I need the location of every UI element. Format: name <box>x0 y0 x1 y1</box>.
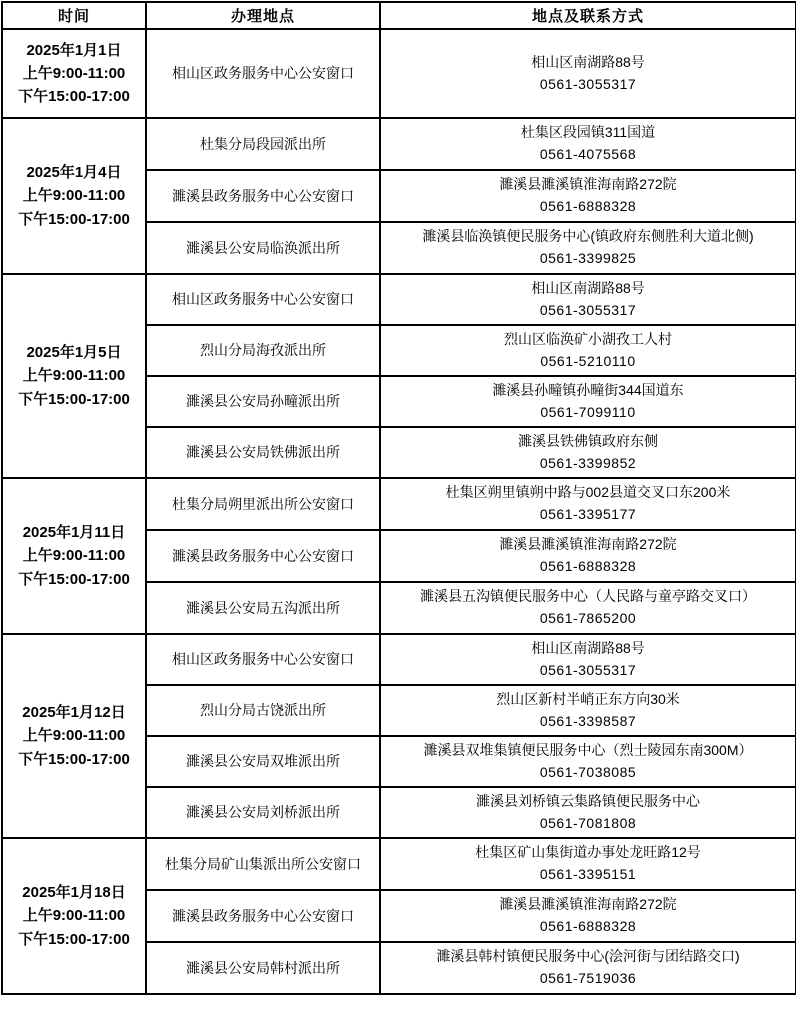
address-text: 杜集区段园镇311国道 <box>385 122 791 144</box>
contact-cell: 濉溪县韩村镇便民服务中心(浍河街与团结路交口)0561-7519036 <box>380 942 796 994</box>
place-cell: 杜集分局朔里派出所公安窗口 <box>146 478 380 530</box>
address-text: 濉溪县铁佛镇政府东侧 <box>385 431 791 453</box>
place-cell: 濉溪县政务服务中心公安窗口 <box>146 530 380 582</box>
address-text: 濉溪县濉溪镇淮海南路272院 <box>385 534 791 556</box>
time_pm-label: 下午15:00-17:00 <box>7 748 141 771</box>
table-row: 2025年1月5日上午9:00-11:00下午15:00-17:00相山区政务服… <box>2 274 796 325</box>
time_am-label: 上午9:00-11:00 <box>7 62 141 85</box>
place-cell: 濉溪县公安局孙疃派出所 <box>146 376 380 427</box>
address-text: 相山区南湖路88号 <box>385 278 791 300</box>
date-label: 2025年1月11日 <box>7 521 141 544</box>
phone-text: 0561-6888328 <box>385 556 791 578</box>
date-label: 2025年1月4日 <box>7 161 141 184</box>
time_pm-label: 下午15:00-17:00 <box>7 388 141 411</box>
phone-text: 0561-3399852 <box>385 453 791 475</box>
header-contact: 地点及联系方式 <box>380 2 796 29</box>
phone-text: 0561-3395151 <box>385 864 791 886</box>
contact-cell: 杜集区朔里镇朔中路与002县道交叉口东200米0561-3395177 <box>380 478 796 530</box>
time_pm-label: 下午15:00-17:00 <box>7 928 141 951</box>
service-schedule-page: 时间 办理地点 地点及联系方式 2025年1月1日上午9:00-11:00下午1… <box>0 0 796 1021</box>
place-cell: 相山区政务服务中心公安窗口 <box>146 634 380 685</box>
time-cell: 2025年1月5日上午9:00-11:00下午15:00-17:00 <box>2 274 146 478</box>
date-label: 2025年1月5日 <box>7 341 141 364</box>
place-cell: 濉溪县公安局韩村派出所 <box>146 942 380 994</box>
place-cell: 濉溪县政务服务中心公安窗口 <box>146 170 380 222</box>
header-time: 时间 <box>2 2 146 29</box>
time-cell: 2025年1月18日上午9:00-11:00下午15:00-17:00 <box>2 838 146 994</box>
date-label: 2025年1月12日 <box>7 701 141 724</box>
address-text: 濉溪县孙疃镇孙疃街344国道东 <box>385 380 791 402</box>
contact-cell: 濉溪县五沟镇便民服务中心（人民路与童亭路交叉口）0561-7865200 <box>380 582 796 634</box>
address-text: 相山区南湖路88号 <box>385 52 791 74</box>
time_pm-label: 下午15:00-17:00 <box>7 568 141 591</box>
place-cell: 相山区政务服务中心公安窗口 <box>146 274 380 325</box>
schedule-body: 2025年1月1日上午9:00-11:00下午15:00-17:00相山区政务服… <box>2 29 796 994</box>
place-cell: 相山区政务服务中心公安窗口 <box>146 29 380 118</box>
address-text: 濉溪县双堆集镇便民服务中心（烈士陵园东南300M） <box>385 740 791 762</box>
phone-text: 0561-3055317 <box>385 300 791 322</box>
phone-text: 0561-6888328 <box>385 196 791 218</box>
place-cell: 烈山分局海孜派出所 <box>146 325 380 376</box>
phone-text: 0561-6888328 <box>385 916 791 938</box>
table-row: 2025年1月1日上午9:00-11:00下午15:00-17:00相山区政务服… <box>2 29 796 118</box>
header-place: 办理地点 <box>146 2 380 29</box>
place-cell: 濉溪县公安局临涣派出所 <box>146 222 380 274</box>
contact-cell: 杜集区矿山集街道办事处龙旺路12号0561-3395151 <box>380 838 796 890</box>
address-text: 杜集区朔里镇朔中路与002县道交叉口东200米 <box>385 482 791 504</box>
table-row: 2025年1月4日上午9:00-11:00下午15:00-17:00杜集分局段园… <box>2 118 796 170</box>
place-cell: 杜集分局段园派出所 <box>146 118 380 170</box>
phone-text: 0561-3395177 <box>385 504 791 526</box>
contact-cell: 相山区南湖路88号0561-3055317 <box>380 634 796 685</box>
address-text: 濉溪县刘桥镇云集路镇便民服务中心 <box>385 791 791 813</box>
contact-cell: 濉溪县濉溪镇淮海南路272院0561-6888328 <box>380 530 796 582</box>
phone-text: 0561-5210110 <box>385 351 791 373</box>
place-cell: 烈山分局古饶派出所 <box>146 685 380 736</box>
phone-text: 0561-3055317 <box>385 74 791 96</box>
contact-cell: 濉溪县孙疃镇孙疃街344国道东0561-7099110 <box>380 376 796 427</box>
phone-text: 0561-3399825 <box>385 248 791 270</box>
contact-cell: 濉溪县双堆集镇便民服务中心（烈士陵园东南300M）0561-7038085 <box>380 736 796 787</box>
header-row: 时间 办理地点 地点及联系方式 <box>2 2 796 29</box>
contact-cell: 相山区南湖路88号0561-3055317 <box>380 29 796 118</box>
place-cell: 杜集分局矿山集派出所公安窗口 <box>146 838 380 890</box>
time-cell: 2025年1月12日上午9:00-11:00下午15:00-17:00 <box>2 634 146 838</box>
table-row: 2025年1月18日上午9:00-11:00下午15:00-17:00杜集分局矿… <box>2 838 796 890</box>
place-cell: 濉溪县公安局双堆派出所 <box>146 736 380 787</box>
time_am-label: 上午9:00-11:00 <box>7 544 141 567</box>
contact-cell: 烈山区新村半峭正东方向30米0561-3398587 <box>380 685 796 736</box>
place-cell: 濉溪县公安局五沟派出所 <box>146 582 380 634</box>
time_am-label: 上午9:00-11:00 <box>7 184 141 207</box>
address-text: 濉溪县韩村镇便民服务中心(浍河街与团结路交口) <box>385 946 791 968</box>
table-row: 2025年1月11日上午9:00-11:00下午15:00-17:00杜集分局朔… <box>2 478 796 530</box>
address-text: 濉溪县濉溪镇淮海南路272院 <box>385 894 791 916</box>
table-row: 2025年1月12日上午9:00-11:00下午15:00-17:00相山区政务… <box>2 634 796 685</box>
time_am-label: 上午9:00-11:00 <box>7 364 141 387</box>
phone-text: 0561-7099110 <box>385 402 791 424</box>
address-text: 相山区南湖路88号 <box>385 638 791 660</box>
address-text: 濉溪县五沟镇便民服务中心（人民路与童亭路交叉口） <box>385 586 791 608</box>
time_pm-label: 下午15:00-17:00 <box>7 85 141 108</box>
schedule-table: 时间 办理地点 地点及联系方式 2025年1月1日上午9:00-11:00下午1… <box>1 1 796 995</box>
time-cell: 2025年1月1日上午9:00-11:00下午15:00-17:00 <box>2 29 146 118</box>
contact-cell: 濉溪县铁佛镇政府东侧0561-3399852 <box>380 427 796 478</box>
address-text: 烈山区临涣矿小湖孜工人村 <box>385 329 791 351</box>
phone-text: 0561-3055317 <box>385 660 791 682</box>
contact-cell: 濉溪县濉溪镇淮海南路272院0561-6888328 <box>380 890 796 942</box>
place-cell: 濉溪县公安局刘桥派出所 <box>146 787 380 838</box>
time-cell: 2025年1月4日上午9:00-11:00下午15:00-17:00 <box>2 118 146 274</box>
contact-cell: 濉溪县临涣镇便民服务中心(镇政府东侧胜利大道北侧)0561-3399825 <box>380 222 796 274</box>
place-cell: 濉溪县公安局铁佛派出所 <box>146 427 380 478</box>
place-cell: 濉溪县政务服务中心公安窗口 <box>146 890 380 942</box>
time_pm-label: 下午15:00-17:00 <box>7 208 141 231</box>
phone-text: 0561-3398587 <box>385 711 791 733</box>
time_am-label: 上午9:00-11:00 <box>7 904 141 927</box>
date-label: 2025年1月18日 <box>7 881 141 904</box>
phone-text: 0561-7865200 <box>385 608 791 630</box>
phone-text: 0561-7519036 <box>385 968 791 990</box>
contact-cell: 杜集区段园镇311国道0561-4075568 <box>380 118 796 170</box>
contact-cell: 相山区南湖路88号0561-3055317 <box>380 274 796 325</box>
address-text: 濉溪县临涣镇便民服务中心(镇政府东侧胜利大道北侧) <box>385 226 791 248</box>
address-text: 烈山区新村半峭正东方向30米 <box>385 689 791 711</box>
contact-cell: 濉溪县刘桥镇云集路镇便民服务中心0561-7081808 <box>380 787 796 838</box>
phone-text: 0561-7081808 <box>385 813 791 835</box>
address-text: 杜集区矿山集街道办事处龙旺路12号 <box>385 842 791 864</box>
contact-cell: 烈山区临涣矿小湖孜工人村0561-5210110 <box>380 325 796 376</box>
time_am-label: 上午9:00-11:00 <box>7 724 141 747</box>
address-text: 濉溪县濉溪镇淮海南路272院 <box>385 174 791 196</box>
phone-text: 0561-7038085 <box>385 762 791 784</box>
phone-text: 0561-4075568 <box>385 144 791 166</box>
date-label: 2025年1月1日 <box>7 39 141 62</box>
time-cell: 2025年1月11日上午9:00-11:00下午15:00-17:00 <box>2 478 146 634</box>
contact-cell: 濉溪县濉溪镇淮海南路272院0561-6888328 <box>380 170 796 222</box>
